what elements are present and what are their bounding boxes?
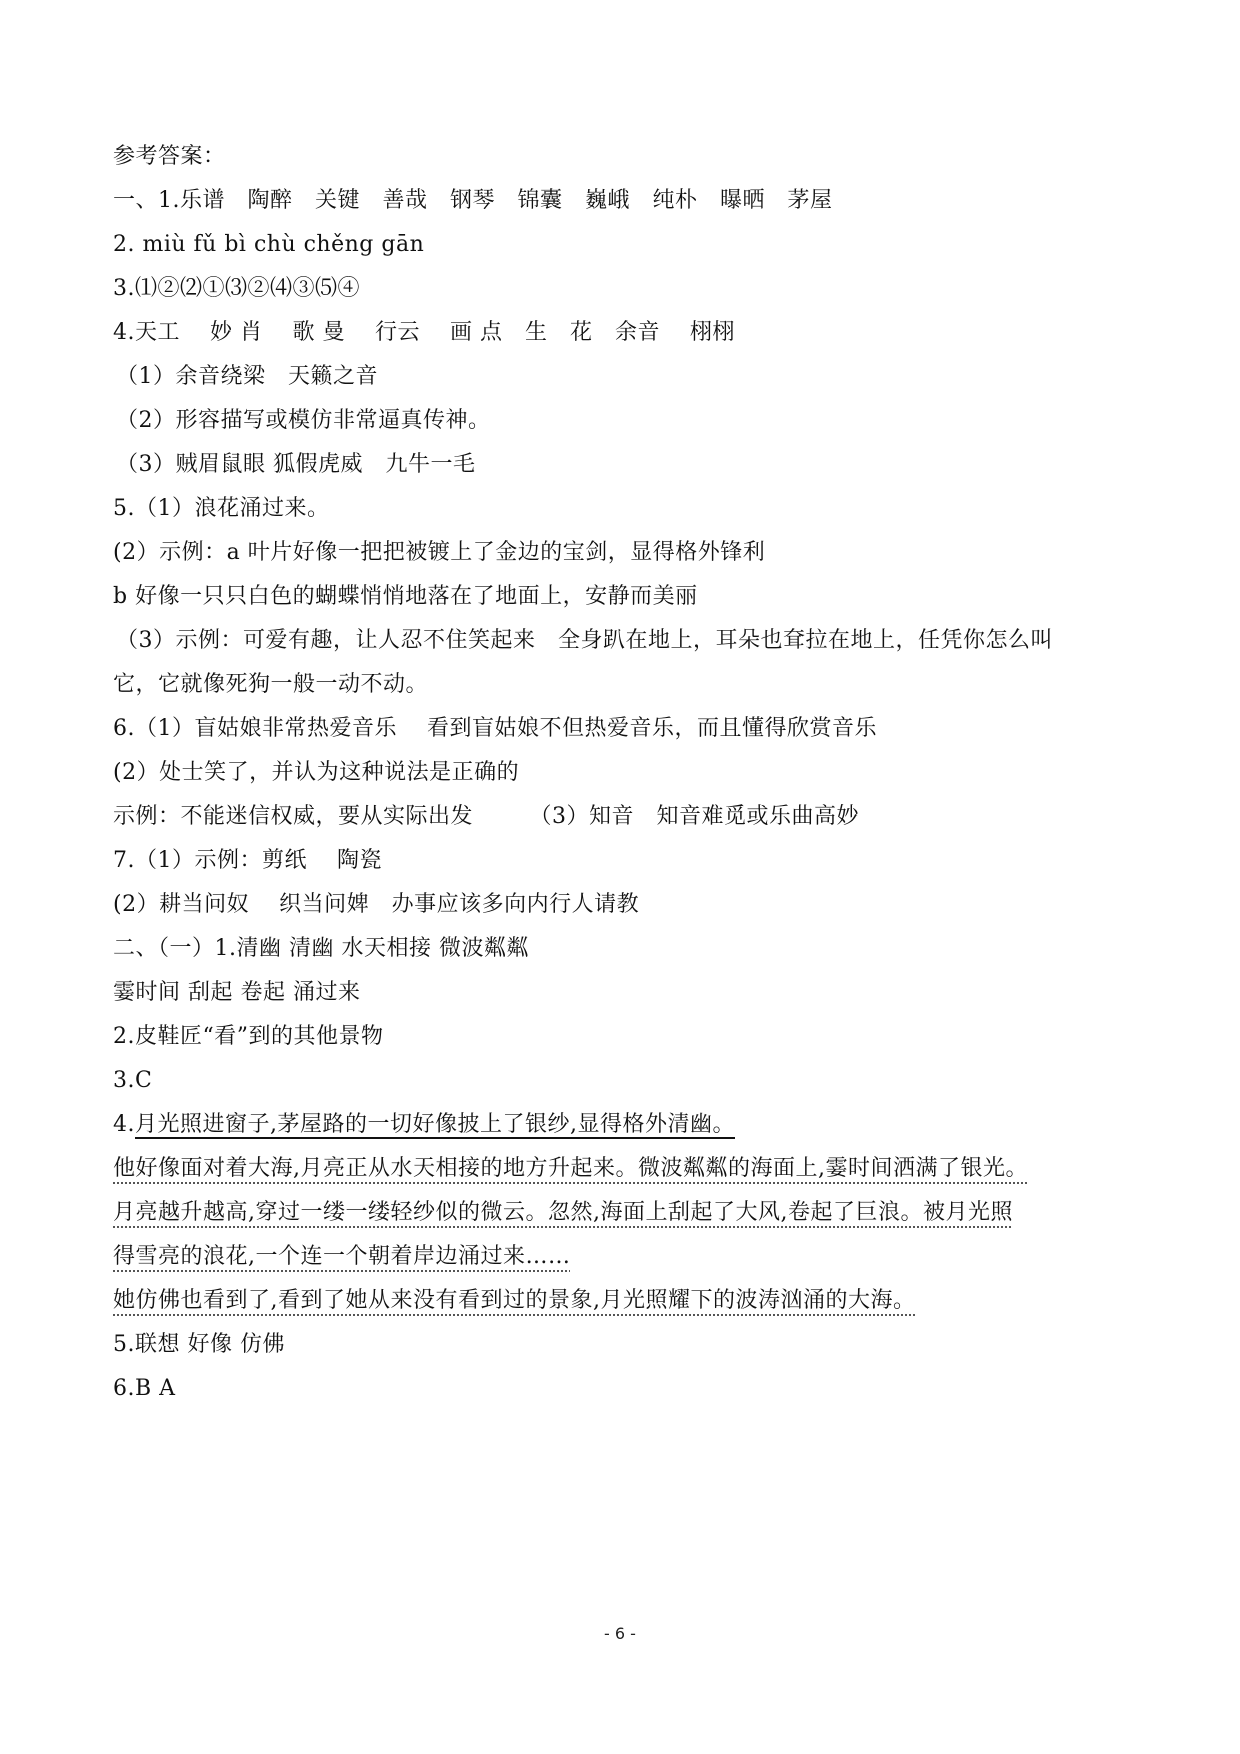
answer-line: 3.C [113, 1066, 152, 1096]
answer-line: 它，它就像死狗一般一动不动。 [113, 670, 428, 700]
answer-line: b 好像一只只白色的蝴蝶悄悄地落在了地面上，安静而美丽 [113, 582, 698, 612]
answer-line: （1）余音绕梁 天籁之音 [116, 362, 378, 392]
answer-line: 2.皮鞋匠“看”到的其他景物 [113, 1022, 384, 1052]
answer-line: （3）贼眉鼠眼 狐假虎威 九牛一毛 [116, 450, 476, 480]
answer-line: （3）示例：可爱有趣，让人忍不住笑起来 全身趴在地上，耳朵也耷拉在地上，任凭你怎… [116, 626, 1053, 656]
answer-line: 5.联想 好像 仿佛 [113, 1330, 285, 1360]
answer-line: 2. miù fǔ bì chù chěng gān [113, 230, 424, 260]
answer-line: （2）形容描写或模仿非常逼真传神。 [116, 406, 491, 436]
answer-line: (2）示例：a 叶片好像一把把被镀上了金边的宝剑，显得格外锋利 [113, 538, 765, 568]
answer-heading: 参考答案： [113, 142, 226, 172]
answer-line: 一、1.乐谱 陶醉 关键 善哉 钢琴 锦囊 巍峨 纯朴 曝晒 茅屋 [113, 186, 833, 216]
dotted-underline-line: 他好像面对着大海,月亮正从水天相接的地方升起来。微波粼粼的海面上,霎时间洒满了银… [113, 1154, 1028, 1184]
answer-line: 5.（1）浪花涌过来。 [113, 494, 330, 524]
page-number: - 6 - [0, 1624, 1240, 1643]
answer-line: 4.天工 妙 肖 歌 曼 行云 画 点 生 花 余音 栩栩 [113, 318, 735, 348]
underlined-sentence: 月光照进窗子,茅屋路的一切好像披上了银纱,显得格外清幽。 [135, 1112, 735, 1137]
answer-line: 霎时间 刮起 卷起 涌过来 [113, 978, 360, 1008]
answer-line-q4: 4.月光照进窗子,茅屋路的一切好像披上了银纱,显得格外清幽。 [113, 1110, 735, 1140]
answer-line: 二、（一）1.清幽 清幽 水天相接 微波粼粼 [113, 934, 529, 964]
dotted-underline-line: 得雪亮的浪花,一个连一个朝着岸边涌过来…… [113, 1242, 571, 1272]
answer-line: (2）耕当问奴 织当问婢 办事应该多向内行人请教 [113, 890, 639, 920]
answer-line: (2）处士笑了，并认为这种说法是正确的 [113, 758, 519, 788]
answer-line: 6.B A [113, 1374, 176, 1404]
answer-line: 7.（1）示例：剪纸 陶瓷 [113, 846, 382, 876]
q4-prefix: 4. [113, 1112, 135, 1137]
answer-line: 3.⑴②⑵①⑶②⑷③⑸④ [113, 274, 360, 304]
answer-line: 示例：不能迷信权威，要从实际出发 （3）知音 知音难觅或乐曲高妙 [113, 802, 859, 832]
document-page: 参考答案： 一、1.乐谱 陶醉 关键 善哉 钢琴 锦囊 巍峨 纯朴 曝晒 茅屋 … [0, 0, 1240, 1754]
dotted-underline-line: 月亮越升越高,穿过一缕一缕轻纱似的微云。忽然,海面上刮起了大风,卷起了巨浪。被月… [113, 1198, 1013, 1228]
dotted-underline-line: 她仿佛也看到了,看到了她从来没有看到过的景象,月光照耀下的波涛汹涌的大海。 [113, 1286, 916, 1316]
answer-line: 6.（1）盲姑娘非常热爱音乐 看到盲姑娘不但热爱音乐，而且懂得欣赏音乐 [113, 714, 877, 744]
